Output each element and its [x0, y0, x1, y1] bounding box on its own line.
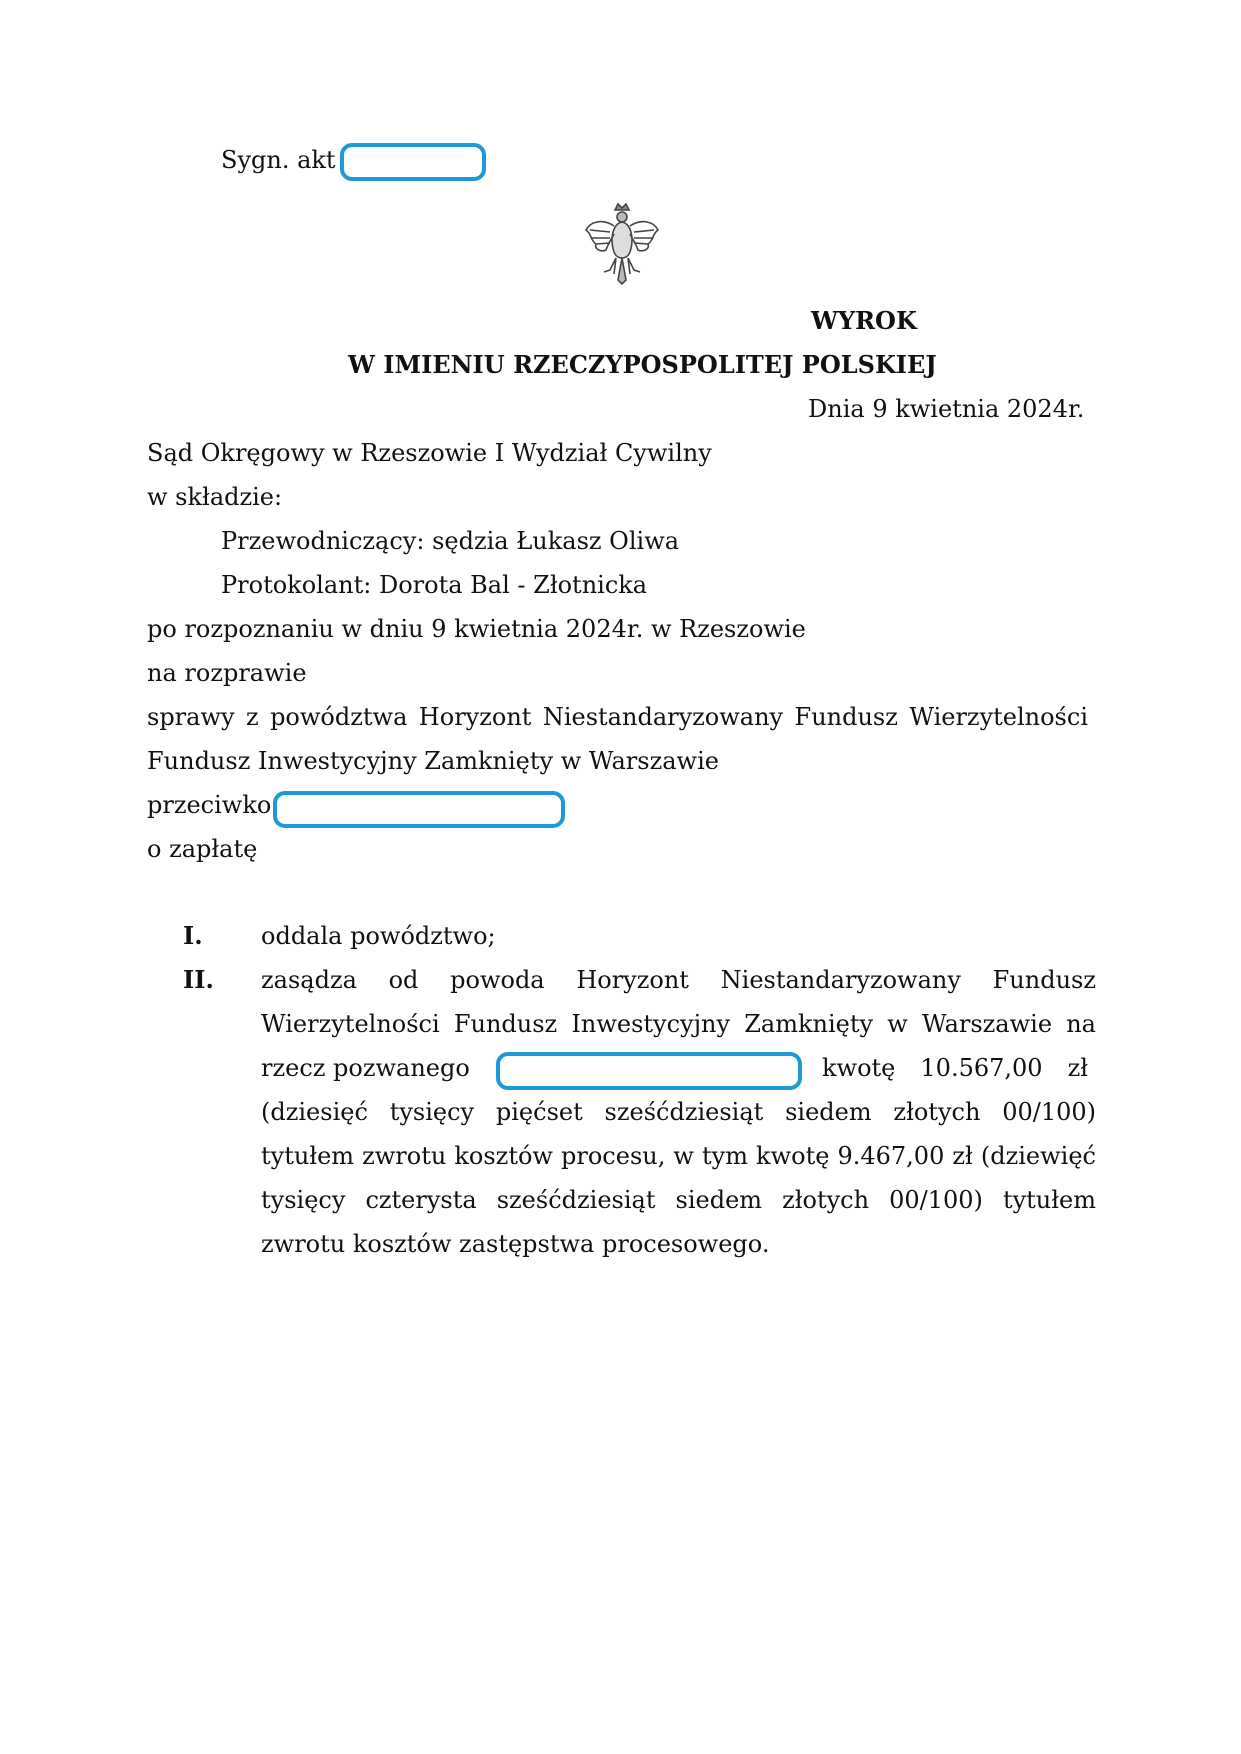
case-subject: o zapłatę [147, 834, 257, 864]
court-clerk: Protokolant: Dorota Bal - Złotnicka [221, 570, 647, 600]
against-label: przeciwko [147, 790, 271, 820]
polish-eagle-emblem-icon [582, 200, 662, 286]
presiding-judge: Przewodniczący: sędzia Łukasz Oliwa [221, 526, 679, 556]
document-subtitle: W IMIENIU RZECZYPOSPOLITEJ POLSKIEJ [348, 350, 937, 380]
court-name: Sąd Okręgowy w Rzeszowie I Wydział Cywil… [147, 438, 712, 468]
ruling-item-2-line2: Wierzytelności Fundusz Inwestycyjny Zamk… [261, 1009, 1096, 1039]
composition-label: w składzie: [147, 482, 282, 512]
case-description-line2: Fundusz Inwestycyjny Zamknięty w Warszaw… [147, 746, 719, 776]
case-ref-label: Sygn. akt [221, 145, 336, 175]
ruling-item-1-number: I. [183, 921, 203, 951]
ruling-item-2-line1: zasądza od powoda Horyzont Niestandaryzo… [261, 965, 1096, 995]
ruling-item-2-line3a: rzecz pozwanego [261, 1053, 470, 1083]
document-title: WYROK [811, 306, 917, 336]
ruling-item-2-line7: zwrotu kosztów zastępstwa procesowego. [261, 1229, 769, 1259]
hearing-info: po rozpoznaniu w dniu 9 kwietnia 2024r. … [147, 614, 806, 644]
case-description-line1: sprawy z powództwa Horyzont Niestandaryz… [147, 702, 1088, 732]
document-page: Sygn. akt WYROK W IMIENIU RZECZYPOSPOLIT… [0, 0, 1241, 1754]
document-date: Dnia 9 kwietnia 2024r. [808, 394, 1084, 424]
ruling-item-2-line3b: kwotę 10.567,00 zł [822, 1053, 1088, 1083]
ruling-item-2-line5: tytułem zwrotu kosztów procesu, w tym kw… [261, 1141, 1096, 1171]
defendant-redaction [273, 791, 565, 828]
case-ref-redaction [340, 143, 486, 181]
ruling-item-2-line4: (dziesięć tysięcy pięćset sześćdziesiąt … [261, 1097, 1096, 1127]
ruling-item-1-text: oddala powództwo; [261, 921, 496, 951]
hearing-mode: na rozprawie [147, 658, 307, 688]
ruling-item-2-number: II. [183, 965, 214, 995]
ruling-item-2-line6: tysięcy czterysta sześćdziesiąt siedem z… [261, 1185, 1096, 1215]
defendant-redaction-ruling [496, 1052, 802, 1090]
